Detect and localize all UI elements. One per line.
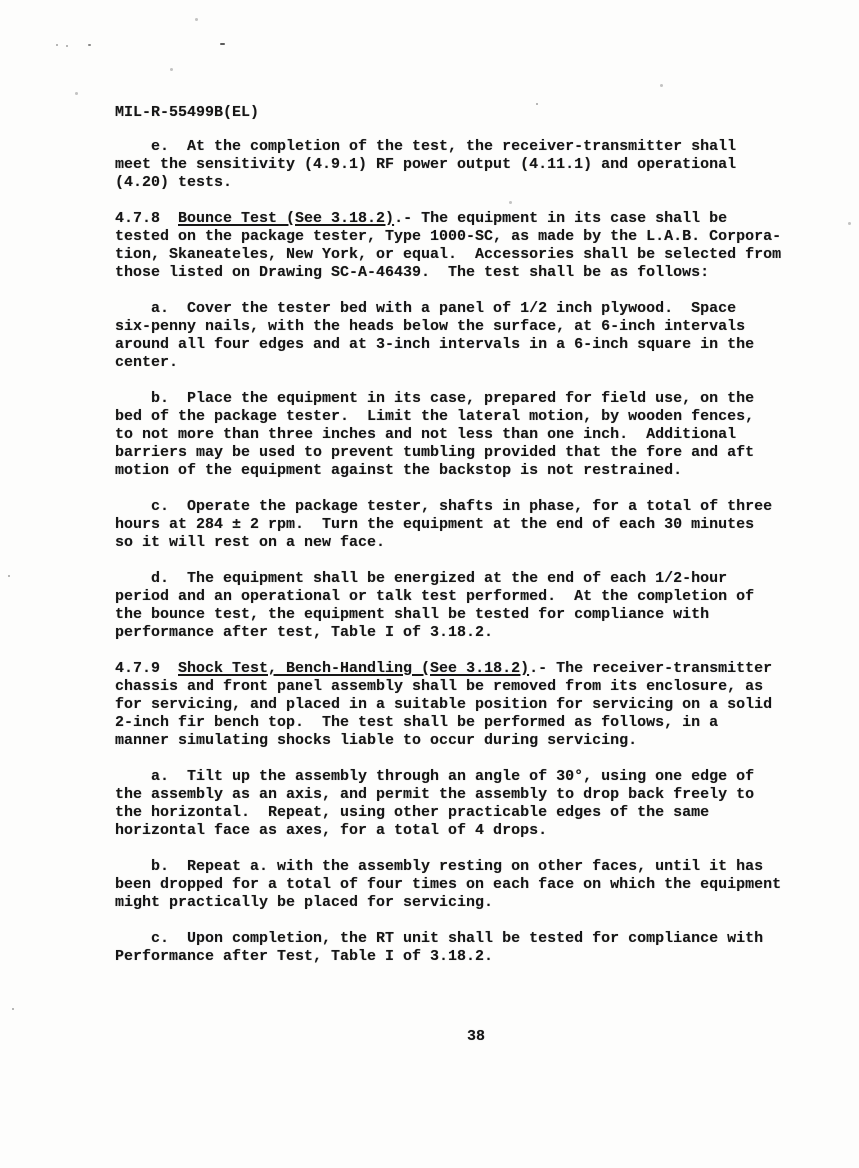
text-line: those listed on Drawing SC-A-46439. The … bbox=[115, 264, 815, 282]
paragraph: c. Operate the package tester, shafts in… bbox=[115, 498, 815, 552]
section-number: 4.7.9 bbox=[115, 660, 178, 677]
text-line: meet the sensitivity (4.9.1) RF power ou… bbox=[115, 156, 815, 174]
text-line: for servicing, and placed in a suitable … bbox=[115, 696, 815, 714]
section-title: Bounce Test (See 3.18.2) bbox=[178, 210, 394, 227]
text-line: the assembly as an axis, and permit the … bbox=[115, 786, 815, 804]
section-paragraph: 4.7.9 Shock Test, Bench-Handling (See 3.… bbox=[115, 660, 815, 750]
paragraph: b. Repeat a. with the assembly resting o… bbox=[115, 858, 815, 912]
scan-speck bbox=[66, 45, 68, 47]
paragraph: a. Tilt up the assembly through an angle… bbox=[115, 768, 815, 840]
scan-speck bbox=[170, 68, 173, 71]
scan-speck bbox=[75, 92, 78, 95]
section-title: Shock Test, Bench-Handling (See 3.18.2) bbox=[178, 660, 529, 677]
text-line: performance after test, Table I of 3.18.… bbox=[115, 624, 815, 642]
text-line: a. Tilt up the assembly through an angle… bbox=[115, 768, 815, 786]
scan-speck bbox=[848, 222, 851, 225]
text-line: b. Repeat a. with the assembly resting o… bbox=[115, 858, 815, 876]
text-line: tested on the package tester, Type 1000-… bbox=[115, 228, 815, 246]
text-line: Performance after Test, Table I of 3.18.… bbox=[115, 948, 815, 966]
text-line: 2-inch fir bench top. The test shall be … bbox=[115, 714, 815, 732]
page-number: 38 bbox=[467, 1028, 485, 1046]
text-block: MIL-R-55499B(EL) e. At the completion of… bbox=[115, 104, 815, 966]
text-line: a. Cover the tester bed with a panel of … bbox=[115, 300, 815, 318]
text-line: chassis and front panel assembly shall b… bbox=[115, 678, 815, 696]
text-line: center. bbox=[115, 354, 815, 372]
text-line: six-penny nails, with the heads below th… bbox=[115, 318, 815, 336]
text-line: c. Operate the package tester, shafts in… bbox=[115, 498, 815, 516]
text-line: tion, Skaneateles, New York, or equal. A… bbox=[115, 246, 815, 264]
section-paragraph: 4.7.8 Bounce Test (See 3.18.2).- The equ… bbox=[115, 210, 815, 282]
text-line: hours at 284 ± 2 rpm. Turn the equipment… bbox=[115, 516, 815, 534]
scan-speck bbox=[12, 1008, 14, 1010]
paragraph: b. Place the equipment in its case, prep… bbox=[115, 390, 815, 480]
text-line: period and an operational or talk test p… bbox=[115, 588, 815, 606]
document-page: MIL-R-55499B(EL) e. At the completion of… bbox=[0, 0, 859, 1168]
text-line: manner simulating shocks liable to occur… bbox=[115, 732, 815, 750]
text-line: d. The equipment shall be energized at t… bbox=[115, 570, 815, 588]
text-line: around all four edges and at 3-inch inte… bbox=[115, 336, 815, 354]
scan-speck bbox=[195, 18, 198, 21]
scan-speck bbox=[56, 44, 58, 46]
text-line: the horizontal. Repeat, using other prac… bbox=[115, 804, 815, 822]
section-heading-rest: .- The equipment in its case shall be bbox=[394, 210, 727, 227]
paragraph: e. At the completion of the test, the re… bbox=[115, 138, 815, 192]
section-heading-rest: .- The receiver-transmitter bbox=[529, 660, 772, 677]
text-line: might practically be placed for servicin… bbox=[115, 894, 815, 912]
text-line: e. At the completion of the test, the re… bbox=[115, 138, 815, 156]
paragraph: a. Cover the tester bed with a panel of … bbox=[115, 300, 815, 372]
doc-body: e. At the completion of the test, the re… bbox=[115, 138, 815, 966]
text-line: c. Upon completion, the RT unit shall be… bbox=[115, 930, 815, 948]
scan-speck bbox=[88, 44, 91, 46]
text-line: been dropped for a total of four times o… bbox=[115, 876, 815, 894]
section-heading-line: 4.7.8 Bounce Test (See 3.18.2).- The equ… bbox=[115, 210, 815, 228]
text-line: motion of the equipment against the back… bbox=[115, 462, 815, 480]
text-line: so it will rest on a new face. bbox=[115, 534, 815, 552]
text-line: b. Place the equipment in its case, prep… bbox=[115, 390, 815, 408]
text-line: the bounce test, the equipment shall be … bbox=[115, 606, 815, 624]
section-number: 4.7.8 bbox=[115, 210, 178, 227]
scan-speck bbox=[660, 84, 663, 87]
section-heading-line: 4.7.9 Shock Test, Bench-Handling (See 3.… bbox=[115, 660, 815, 678]
text-line: horizontal face as axes, for a total of … bbox=[115, 822, 815, 840]
text-line: barriers may be used to prevent tumbling… bbox=[115, 444, 815, 462]
doc-id: MIL-R-55499B(EL) bbox=[115, 104, 815, 122]
text-line: to not more than three inches and not le… bbox=[115, 426, 815, 444]
scan-speck bbox=[8, 575, 10, 577]
scan-speck bbox=[220, 43, 225, 45]
text-line: (4.20) tests. bbox=[115, 174, 815, 192]
paragraph: c. Upon completion, the RT unit shall be… bbox=[115, 930, 815, 966]
paragraph: d. The equipment shall be energized at t… bbox=[115, 570, 815, 642]
text-line: bed of the package tester. Limit the lat… bbox=[115, 408, 815, 426]
